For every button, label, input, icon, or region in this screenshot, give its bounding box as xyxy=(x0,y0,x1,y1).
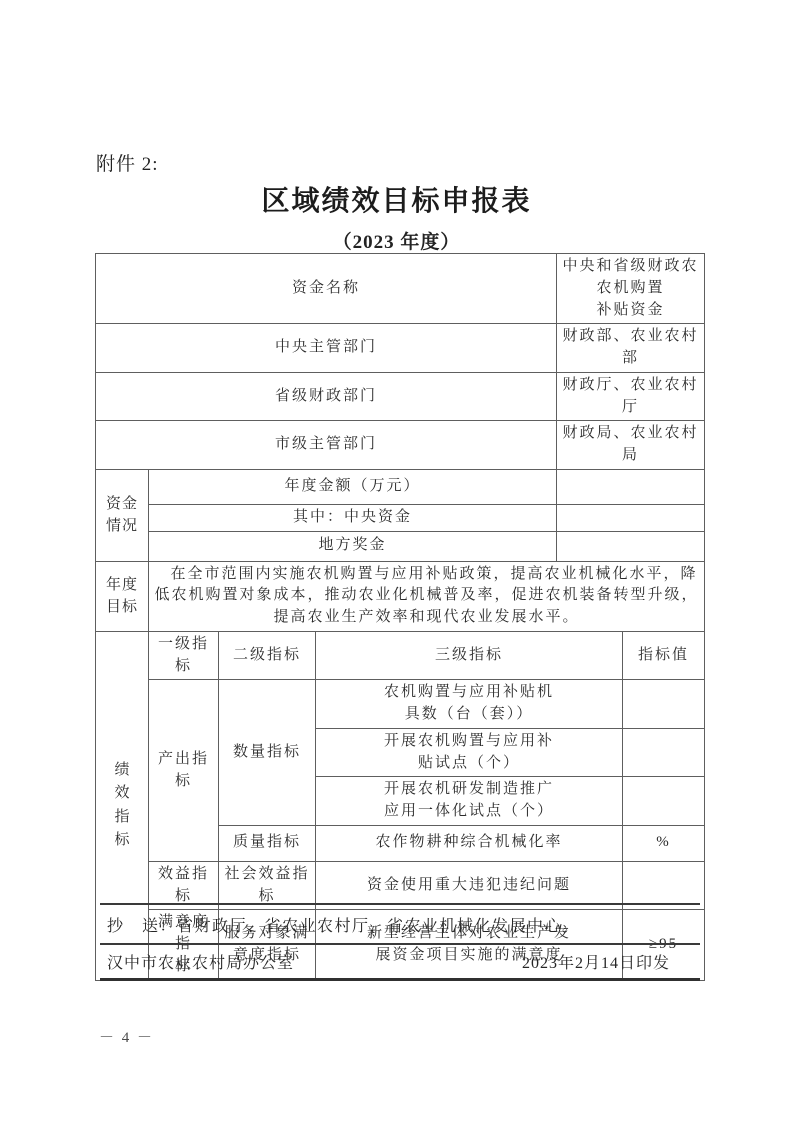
indicator-value-cell: % xyxy=(623,825,705,861)
document-footer: 抄 送：省财政厅、省农业农村厅，省农业机械化发展中心。 汉中市农业农村局办公室 … xyxy=(100,903,700,981)
issuer-row: 汉中市农业农村局办公室 2023年2月14日印发 xyxy=(100,945,700,978)
annual-goal-header: 年度目标 xyxy=(96,561,149,631)
table-row: 产出指标 数量指标 农机购置与应用补贴机 具数（台（套）） xyxy=(96,680,705,729)
annual-amount-value xyxy=(557,469,705,504)
page-title: 区域绩效目标申报表 xyxy=(0,179,793,219)
central-funds-value xyxy=(557,504,705,531)
indicator-l1-output: 产出指标 xyxy=(149,680,219,862)
print-date: 2023年2月14日印发 xyxy=(522,950,670,973)
attachment-label: 附件 2: xyxy=(96,149,159,176)
document-page: 附件 2: 区域绩效目标申报表 （2023 年度） 资金名称 中央和省级财政农农… xyxy=(0,0,793,1121)
performance-target-table: 资金名称 中央和省级财政农农机购置 补贴资金 中央主管部门 财政部、农业农村部 … xyxy=(95,253,705,981)
indicator-l2-quantity: 数量指标 xyxy=(219,680,316,826)
funding-section-header: 资金情况 xyxy=(96,469,149,561)
footer-rule-bottom xyxy=(100,978,700,981)
local-award-value xyxy=(557,531,705,561)
table-row: 省级财政部门 财政厅、农业农村厅 xyxy=(96,372,705,421)
indicator-l3-mechanization-rate: 农作物耕种综合机械化率 xyxy=(316,825,623,861)
col-header-level2: 二级指标 xyxy=(219,631,316,680)
city-dept-label: 市级主管部门 xyxy=(96,421,557,470)
fund-name-label: 资金名称 xyxy=(96,254,557,324)
central-funds-label: 其中：中央资金 xyxy=(149,504,557,531)
table-row: 地方奖金 xyxy=(96,531,705,561)
indicator-l3-machines: 农机购置与应用补贴机 具数（台（套）） xyxy=(316,680,623,729)
city-dept-value: 财政局、农业农村局 xyxy=(557,421,705,470)
annual-amount-label: 年度金额（万元） xyxy=(149,469,557,504)
cc-line: 抄 送：省财政厅、省农业农村厅，省农业机械化发展中心。 xyxy=(100,905,700,943)
col-header-level3: 三级指标 xyxy=(316,631,623,680)
table-row: 绩效指标 一级指标 二级指标 三级指标 指标值 xyxy=(96,631,705,680)
indicator-l3-pilot: 开展农机购置与应用补 贴试点（个） xyxy=(316,728,623,777)
central-dept-label: 中央主管部门 xyxy=(96,324,557,373)
provincial-dept-label: 省级财政部门 xyxy=(96,372,557,421)
table-row: 年度目标 在全市范围内实施农机购置与应用补贴政策，提高农业机械化水平，降低农机购… xyxy=(96,561,705,631)
table-row: 市级主管部门 财政局、农业农村局 xyxy=(96,421,705,470)
issuer-office: 汉中市农业农村局办公室 xyxy=(107,950,294,973)
page-number: － 4 － xyxy=(99,1026,154,1047)
table-row: 资金名称 中央和省级财政农农机购置 补贴资金 xyxy=(96,254,705,324)
indicator-value-cell xyxy=(623,728,705,777)
fund-name-value: 中央和省级财政农农机购置 补贴资金 xyxy=(557,254,705,324)
indicator-l3-rd-pilot: 开展农机研发制造推广 应用一体化试点（个） xyxy=(316,777,623,826)
indicator-value-cell xyxy=(623,680,705,729)
table-row: 资金情况 年度金额（万元） xyxy=(96,469,705,504)
provincial-dept-value: 财政厅、农业农村厅 xyxy=(557,372,705,421)
local-award-label: 地方奖金 xyxy=(149,531,557,561)
col-header-value: 指标值 xyxy=(623,631,705,680)
page-subtitle: （2023 年度） xyxy=(0,227,793,254)
indicator-l2-quality: 质量指标 xyxy=(219,825,316,861)
indicator-value-cell xyxy=(623,777,705,826)
central-dept-value: 财政部、农业农村部 xyxy=(557,324,705,373)
col-header-level1: 一级指标 xyxy=(149,631,219,680)
table-row: 中央主管部门 财政部、农业农村部 xyxy=(96,324,705,373)
annual-goal-text: 在全市范围内实施农机购置与应用补贴政策，提高农业机械化水平，降低农机购置对象成本… xyxy=(149,561,705,631)
table-row: 其中：中央资金 xyxy=(96,504,705,531)
